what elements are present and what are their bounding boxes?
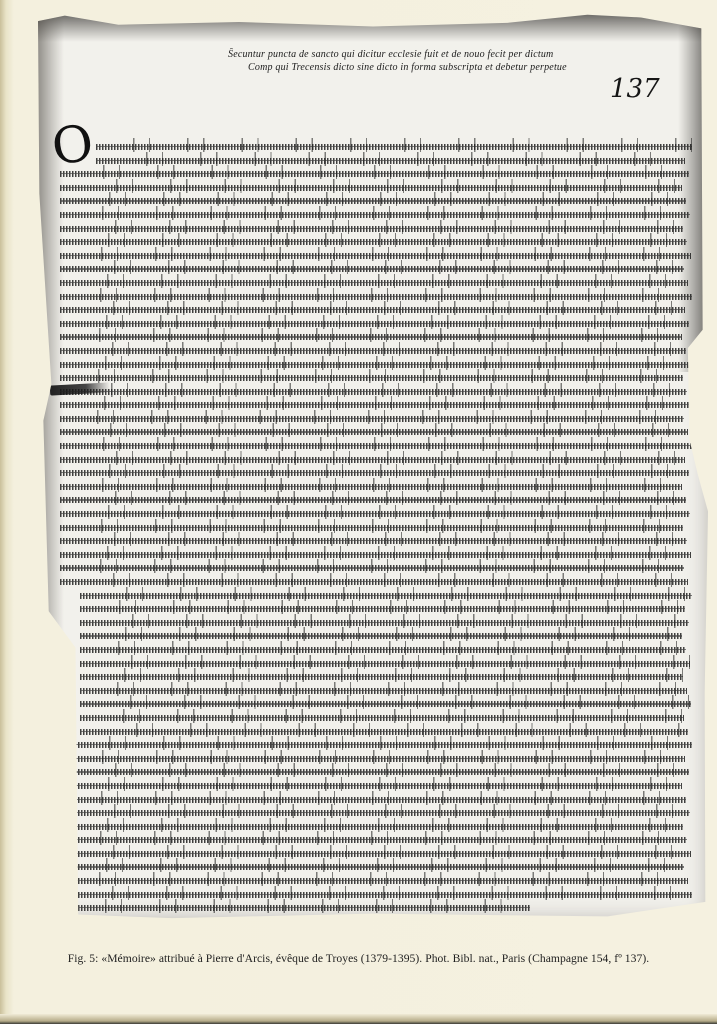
page-bottom-edge xyxy=(0,1014,717,1024)
figure-caption: Fig. 5: «Mémoire» attribué à Pierre d'Ar… xyxy=(0,952,717,965)
manuscript-line xyxy=(60,901,700,915)
folio-number: 137 xyxy=(610,74,660,104)
manuscript-heading: Ŝecuntur puncta de sancto qui dicitur ec… xyxy=(228,48,588,74)
heading-line-2: Comp qui Trecensis dicto sine dicto in f… xyxy=(228,61,588,74)
manuscript-top-stain xyxy=(38,12,708,42)
book-page: Ŝecuntur puncta de sancto qui dicitur ec… xyxy=(0,0,717,1024)
heading-line-1: Ŝecuntur puncta de sancto qui dicitur ec… xyxy=(228,48,588,61)
manuscript-body-text xyxy=(60,140,700,920)
manuscript-photograph: Ŝecuntur puncta de sancto qui dicitur ec… xyxy=(38,12,708,920)
